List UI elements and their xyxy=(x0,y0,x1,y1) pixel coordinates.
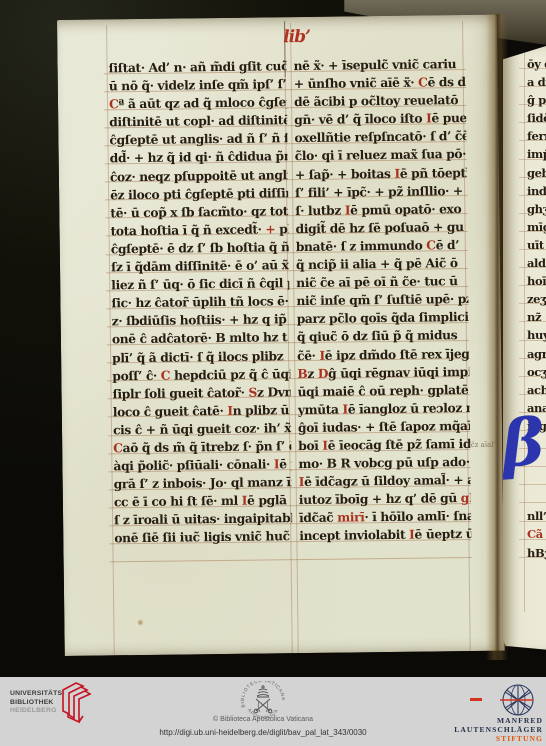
mls-line3: STIFTUNG xyxy=(413,734,543,743)
manuscript-line: onē ſiē ſii iuc̃ ligis vnic̃ huc̃ xyxy=(114,528,292,548)
manuscript-line: dd̃· + hz q̃ id qi· ñ ĉdidua p̃m ut xyxy=(110,148,288,168)
manuscript-line: loco ĉ gueit ĉatē· In plibz ū lo xyxy=(113,401,291,421)
photo-background: lib’ ſiſtat· Ad’ n· añ m̃di gſit cuc̃ ſū… xyxy=(0,0,546,677)
manuscript-line: uīt xyxy=(527,236,546,254)
manuscript-line: boī Iē īeocāg ſtē pz̃ ſamī ido xyxy=(298,435,470,455)
manuscript-line: oxellñtie reſpſncatō· ſ d’ c̃ē in xyxy=(294,127,466,147)
manuscript-line: ū nō q̃· videlz inſe qm̃ ipſ’ ſ’ ſuſtiē· xyxy=(109,75,287,95)
manuscript-line: indʒ xyxy=(527,182,546,200)
vatican-emblem-icon: BIBLIOTECA VATICANA APOSTOLICA xyxy=(233,681,293,721)
manuscript-line: grā ſ’ z inbois· Jo· ql manz īme xyxy=(114,473,292,493)
manuscript-line: geb’ xyxy=(527,164,546,182)
manuscript-line: ōy d xyxy=(527,55,546,73)
manuscript-line: iutoz īboīg + hz q’ dē gū gBz xyxy=(299,489,471,509)
manuscript-line: ĉoz· neqz pſuppoitē ut anglis· ad xyxy=(110,166,288,186)
facing-page-edge: ōy da dr̃ĝ pſ̃ſidēfermimp̃geb’indʒghʒmīg… xyxy=(503,46,546,652)
mls-line1: MANFRED xyxy=(413,716,543,725)
manuscript-line xyxy=(527,489,546,507)
manuscript-line: mīg xyxy=(527,218,546,236)
manuscript-line: ghʒ xyxy=(527,200,546,218)
manuscript-line: mo· B R vobcg pū uſp ado· ſe· xyxy=(298,453,470,473)
mls-wordmark: MANFRED LAUTENSCHLÄGER STIFTUNG xyxy=(413,716,543,743)
mls-red-dash xyxy=(470,698,482,701)
manuscript-line: Caō q̃ ds m̃ q̃ ītrebz ſ· p̃n ſ’ ē xyxy=(113,437,291,457)
manuscript-line: c̃lo· qi ī reluez max̃ ſua pō· xyxy=(295,145,467,165)
manuscript-line: nē x̃· + īsepulc̃ vnic̃ cariu xyxy=(293,55,465,75)
manuscript-line: aldʒ xyxy=(527,254,546,272)
facing-ruling-line xyxy=(524,52,525,612)
manuscript-line: Bz Dĝ ūqi rēgnav iūqi impio xyxy=(297,363,469,383)
manuscript-line: nic̃ inſe qm̃ ſ’ ſuſtiē upē· pz xyxy=(296,290,468,310)
manuscript-line: poſſ’ ĉ· C hepdciū pz q̃ ĉ ūqi xyxy=(112,365,290,385)
manuscript-line: plī’ q̃ ã dictī· ſ q̃ ilocs plibz xyxy=(112,347,290,367)
manuscript-line: achʒ xyxy=(527,381,546,399)
manuscript-line: ſ· lutbz Iē pmū opatō· exo xyxy=(295,200,467,220)
manuscript-line: q̃ qiuc̃ ō dz ſiū p̃ q̃ midus xyxy=(297,326,469,346)
vatican-copyright: © Biblioteca Apostolica Vaticana xyxy=(163,716,363,723)
manuscript-line: Iē īdc̃agz ū ſildoy amal̃· + ad xyxy=(299,471,471,491)
manuscript-line: ſ’ fili’ + īpc̃· + pz̃ inſllio· + ſpē xyxy=(295,182,467,202)
ruling-lines xyxy=(57,15,497,20)
manuscript-line: agrī xyxy=(527,345,546,363)
running-title: lib’ xyxy=(283,27,310,47)
manuscript-line: c̃ē· Iē ipz dm̃do ſtē rex ījegno· xyxy=(297,344,469,364)
manuscript-line: hoīʒ xyxy=(527,272,546,290)
manuscript-line: nll’ xyxy=(527,507,546,525)
parchment-stain xyxy=(137,619,143,626)
manuscript-line: ēz iloco pti ĉgſeptē pti diſſini xyxy=(110,184,288,204)
manuscript-line: a dr̃ xyxy=(527,73,546,91)
manuscript-line: ſz ī q̃dām diſſinitē· ē o’ aū x̃ xyxy=(111,256,289,276)
image-url: http://digi.ub.uni-heidelberg.de/diglit/… xyxy=(113,728,413,737)
manuscript-line: ĉgſeptē· ē dz ſ’ ſb hoſtia q̃ ñ ūqi + xyxy=(111,238,289,258)
manuscript-line: cc ē ī co hi ſt ſē· ml Iē pglā xyxy=(114,491,292,511)
manuscript-line: ſiſtat· Ad’ n· añ m̃di gſit cuc̃ ſū xyxy=(108,57,286,77)
manuscript-line: Cª ã aūt qz ad q̃ mloco ĉgſeptē + xyxy=(109,93,287,113)
facing-text-fragments: ōy da dr̃ĝ pſ̃ſidēfermimp̃geb’indʒghʒmīg… xyxy=(527,55,546,562)
manuscript-line: ſ z īroali ū uitas· ingaipitabli ū ſas I… xyxy=(114,510,292,530)
text-column-left: ſiſtat· Ad’ n· añ m̃di gſit cuc̃ ſūū nō … xyxy=(108,57,292,548)
manuscript-line: + ūnſho vnic̃ aīē x̃· Cē ds d’ xyxy=(294,73,466,93)
manuscript-line: àqi p̃olic̃· pſiūali· cōnali· Iē p xyxy=(113,455,291,475)
manuscript-line: digit̃ dē hz ſē poſuaō + gu xyxy=(295,218,467,238)
manuscript-line: imp̃ xyxy=(527,145,546,163)
manuscript-line: ymūta Iē īangloz ū reɔloz m xyxy=(298,399,470,419)
text-column-right: nē x̃· + īsepulc̃ vnic̃ cariu+ ūnſho vni… xyxy=(293,55,471,546)
illuminated-initial: β xyxy=(499,405,546,483)
manuscript-line: gn̄· vē d’ q̃ īloco iſto Iē pueſhg xyxy=(294,109,466,129)
manuscript-page: lib’ ſiſtat· Ad’ n· añ m̃di gſit cuc̃ ſū… xyxy=(57,15,505,656)
mls-globe-icon xyxy=(498,682,536,718)
manuscript-line: ſic· hz ĉator̃ ūplih tñ locs ē· xyxy=(111,292,289,312)
manuscript-line: diſtinitē ut copl· ad diſtinitē nō xyxy=(109,111,287,131)
manuscript-line: nic̃ c̃e aī pē oī ñ c̃e· tuc ū xyxy=(296,272,468,292)
manuscript-line: Cã r xyxy=(527,525,546,543)
manuscript-line: īdc̃ac̃ mirī· ī hōīlo amlī· ſnan glis & … xyxy=(299,507,471,527)
manuscript-line: liez ñ ſ’ ūq· ō ſic dicī ñ ĉqil poſ xyxy=(111,274,289,294)
manuscript-line: ĉgſeptē ut anglis· ad ñ ſ’ ñ ſup xyxy=(109,130,287,150)
footer-bar: UNIVERSITÄTS- BIBLIOTHEK HEIDELBERG BIBL… xyxy=(0,677,546,746)
manuscript-line: q̃ ncip̃ ii alia + q̃ pē Aic̃ ō xyxy=(296,254,468,274)
manuscript-line: z· ſbdiūſis hoſtiis· + hz q ip̃ vni xyxy=(112,310,290,330)
manuscript-line: hBʒ xyxy=(527,544,546,562)
manuscript-line: onē ĉ adĉatorē· B mlto hz t xyxy=(112,329,290,349)
manuscript-line: zeʒ xyxy=(527,290,546,308)
manuscript-line: incept inviolabit Iē ūeptz ū xyxy=(299,525,471,545)
manuscript-line: ĝoī iudas· + ſtē ſapoz mq̃aī xyxy=(298,417,470,437)
manuscript-line: tē· ū cop̃ x ſb ſacm̃to· qz totē ſb xyxy=(110,202,288,222)
mls-line2: LAUTENSCHLÄGER xyxy=(413,725,543,734)
manuscript-line: ocʒ’ xyxy=(527,363,546,381)
manuscript-line: nz̃ xyxy=(527,308,546,326)
manuscript-line: dē ãcibi p oc̃ltoy reuelatō xyxy=(294,91,466,111)
manuscript-line: ĝ pſ̃ xyxy=(527,91,546,109)
manuscript-line: + ſap̃· + boitas Iē pñ tōeptī· xyxy=(295,164,467,184)
manuscript-line: ferm xyxy=(527,127,546,145)
manuscript-line: ūqi maiē ĉ oū reph· gplatē xyxy=(297,381,469,401)
manuscript-line: ſidē xyxy=(527,109,546,127)
manuscript-line: bnatē· ſ z immundo Cē d’ xyxy=(296,236,468,256)
manuscript-line: ſiplr ſoli gueit ĉator̃· Sz Dvno xyxy=(112,383,290,403)
ubh-book-logo-icon xyxy=(56,680,92,726)
manuscript-line: huy xyxy=(527,326,546,344)
screenshot-root: lib’ ſiſtat· Ad’ n· añ m̃di gſit cuc̃ ſū… xyxy=(0,0,546,746)
manuscript-line: parz pc̃lo qoīs q̃da ſimpliciū xyxy=(297,308,469,328)
manuscript-line: tota hoſtia ī q̃ ñ excedt̃· + phz ī xyxy=(110,220,288,240)
manuscript-line: cis ĉ + ñ ūqi gueit coz· ih’ x̃· xyxy=(113,419,291,439)
